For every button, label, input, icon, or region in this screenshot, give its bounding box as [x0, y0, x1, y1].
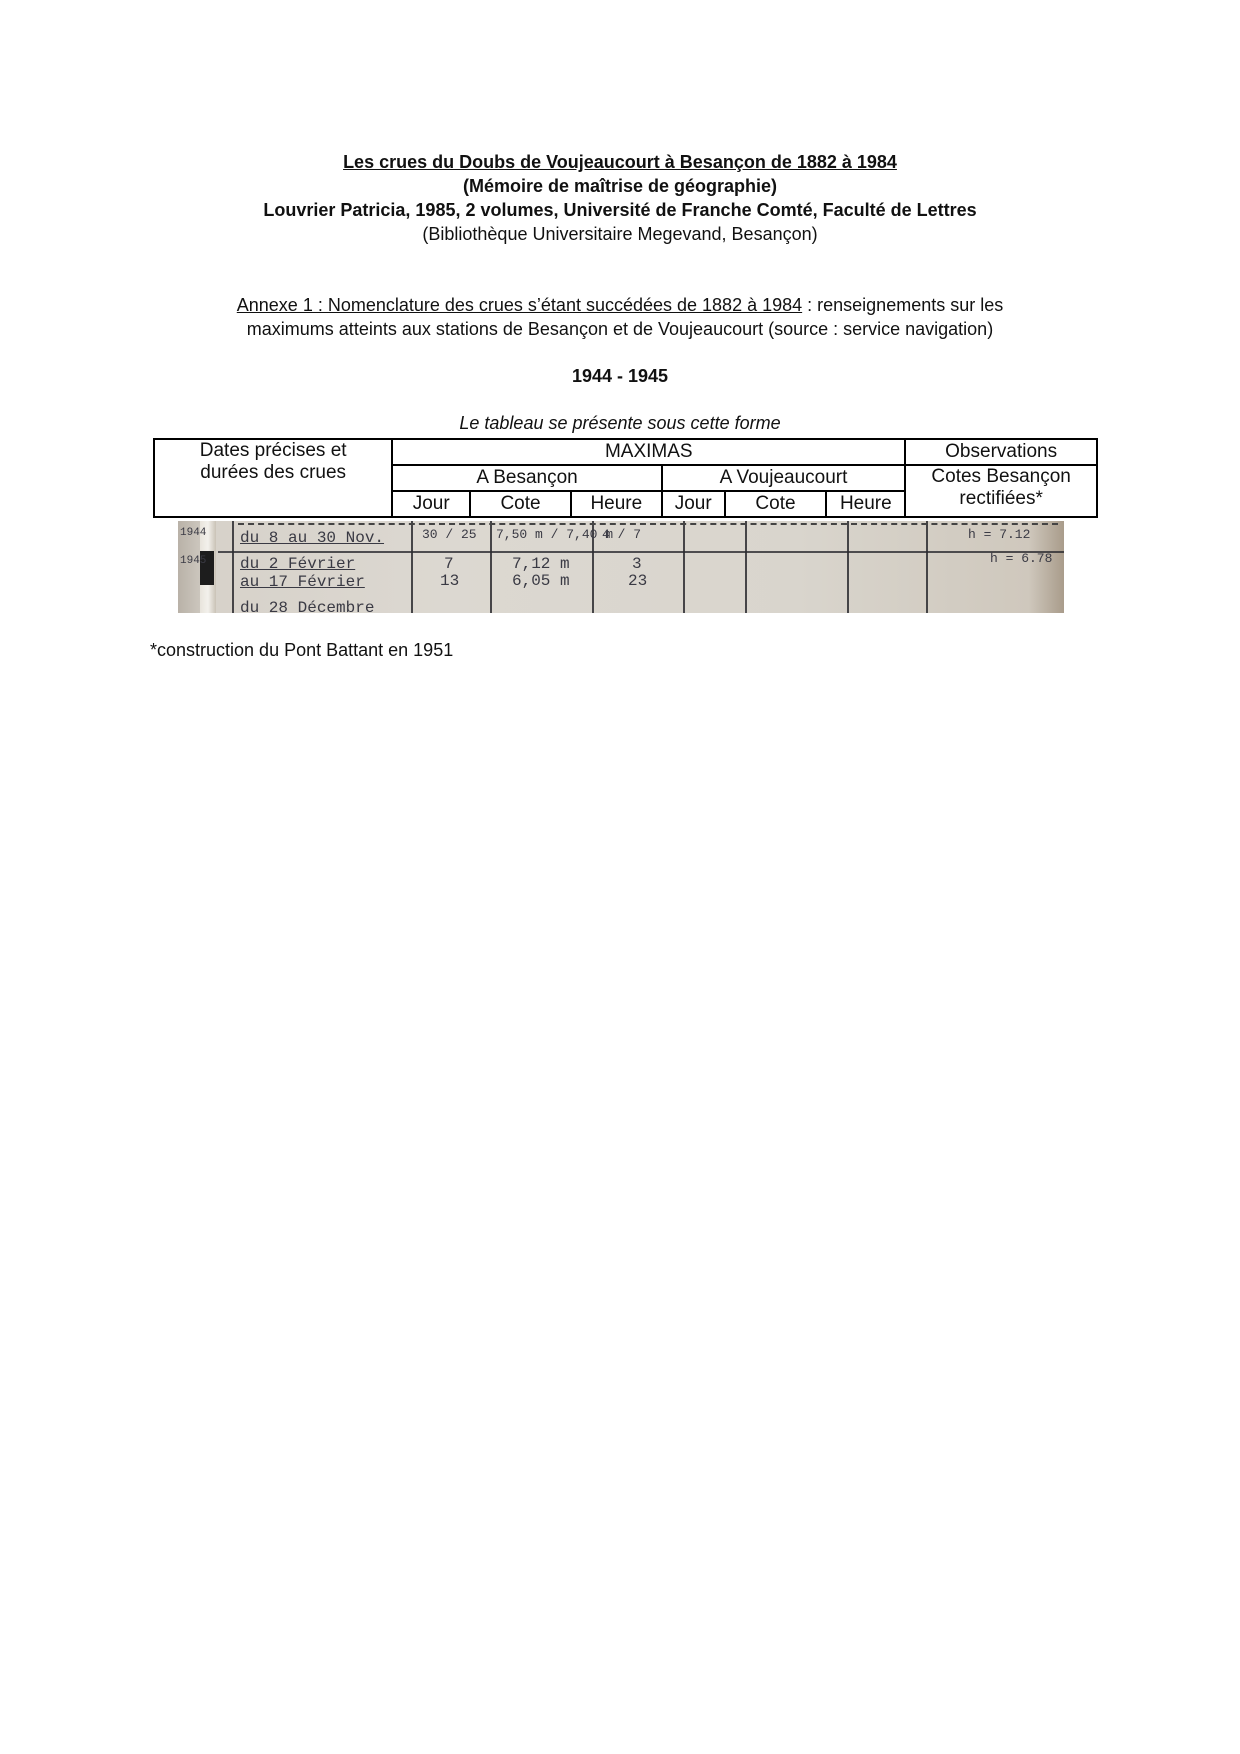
scan-row-cote: 6,05 m	[512, 572, 570, 590]
besancon-jour-header: Jour	[392, 491, 470, 517]
scan-row-jour: 30 / 25	[422, 527, 477, 542]
footnote: *construction du Pont Battant en 1951	[150, 640, 453, 661]
scan-col-line	[490, 521, 492, 613]
scan-col-line	[411, 521, 413, 613]
scan-row-obs: h = 6.78	[990, 551, 1052, 566]
scan-col-line	[745, 521, 747, 613]
author-line: Louvrier Patricia, 1985, 2 volumes, Univ…	[0, 198, 1240, 222]
scan-row-obs: h = 7.12	[968, 527, 1030, 542]
scan-row-heure: 3	[632, 555, 642, 573]
dates-column-header: Dates précises et durées des crues	[154, 439, 392, 517]
scan-row-dates: du 2 Février	[240, 555, 355, 573]
besancon-cote-header: Cote	[470, 491, 571, 517]
document-title: Les crues du Doubs de Voujeaucourt à Bes…	[0, 150, 1240, 174]
scan-row-cote: 7,12 m	[512, 555, 570, 573]
voujeaucourt-cote-header: Cote	[725, 491, 827, 517]
table-header: Dates précises et durées des crues MAXIM…	[153, 438, 1098, 518]
scan-row-line	[218, 551, 1064, 553]
scan-year-mark: 1945	[180, 555, 206, 567]
besancon-heure-header: Heure	[571, 491, 662, 517]
scan-row-heure: 4 / 7	[602, 527, 641, 542]
scan-row-dates: au 17 Février	[240, 573, 365, 591]
document-header: Les crues du Doubs de Voujeaucourt à Bes…	[0, 150, 1240, 246]
annexe-label: Annexe 1 : Nomenclature des crues s’étan…	[237, 295, 802, 315]
scanned-table-photo: 1944 du 8 au 30 Nov. 30 / 25 7,50 m / 7,…	[178, 521, 1064, 613]
period-heading: 1944 - 1945	[0, 366, 1240, 387]
annexe-rest: : renseignements sur les	[802, 295, 1003, 315]
obs-sub-line1: Cotes Besançon	[906, 466, 1096, 488]
dates-header-line1: Dates précises et	[155, 440, 391, 462]
scan-dashed-line	[238, 523, 1058, 525]
scan-row-dates: du 8 au 30 Nov.	[240, 529, 384, 547]
scan-col-line	[847, 521, 849, 613]
scan-row-heure: 23	[628, 572, 647, 590]
maximas-header: MAXIMAS	[392, 439, 905, 465]
scan-col-line	[232, 521, 234, 613]
voujeaucourt-heure-header: Heure	[826, 491, 905, 517]
besancon-header: A Besançon	[392, 465, 661, 491]
scan-col-line	[926, 521, 928, 613]
cotes-rectifiees-header: Cotes Besançon rectifiées*	[905, 465, 1097, 517]
library-line: (Bibliothèque Universitaire Megevand, Be…	[0, 222, 1240, 246]
scan-row-jour: 7	[444, 555, 454, 573]
annexe-line2: maximums atteints aux stations de Besanç…	[0, 317, 1240, 341]
scan-year-mark: 1944	[180, 527, 206, 539]
scan-row-dates: du 28 Décembre	[240, 599, 374, 613]
obs-sub-line2: rectifiées*	[906, 488, 1096, 510]
annexe-description: Annexe 1 : Nomenclature des crues s’étan…	[0, 293, 1240, 341]
scan-col-line	[683, 521, 685, 613]
scan-row-jour: 13	[440, 572, 459, 590]
dates-header-line2: durées des crues	[155, 462, 391, 484]
voujeaucourt-jour-header: Jour	[662, 491, 725, 517]
scan-row-cote: 7,50 m / 7,40 m	[496, 527, 613, 542]
voujeaucourt-header: A Voujeaucourt	[662, 465, 906, 491]
observations-header: Observations	[905, 439, 1097, 465]
table-caption: Le tableau se présente sous cette forme	[0, 413, 1240, 434]
document-subtitle: (Mémoire de maîtrise de géographie)	[0, 174, 1240, 198]
